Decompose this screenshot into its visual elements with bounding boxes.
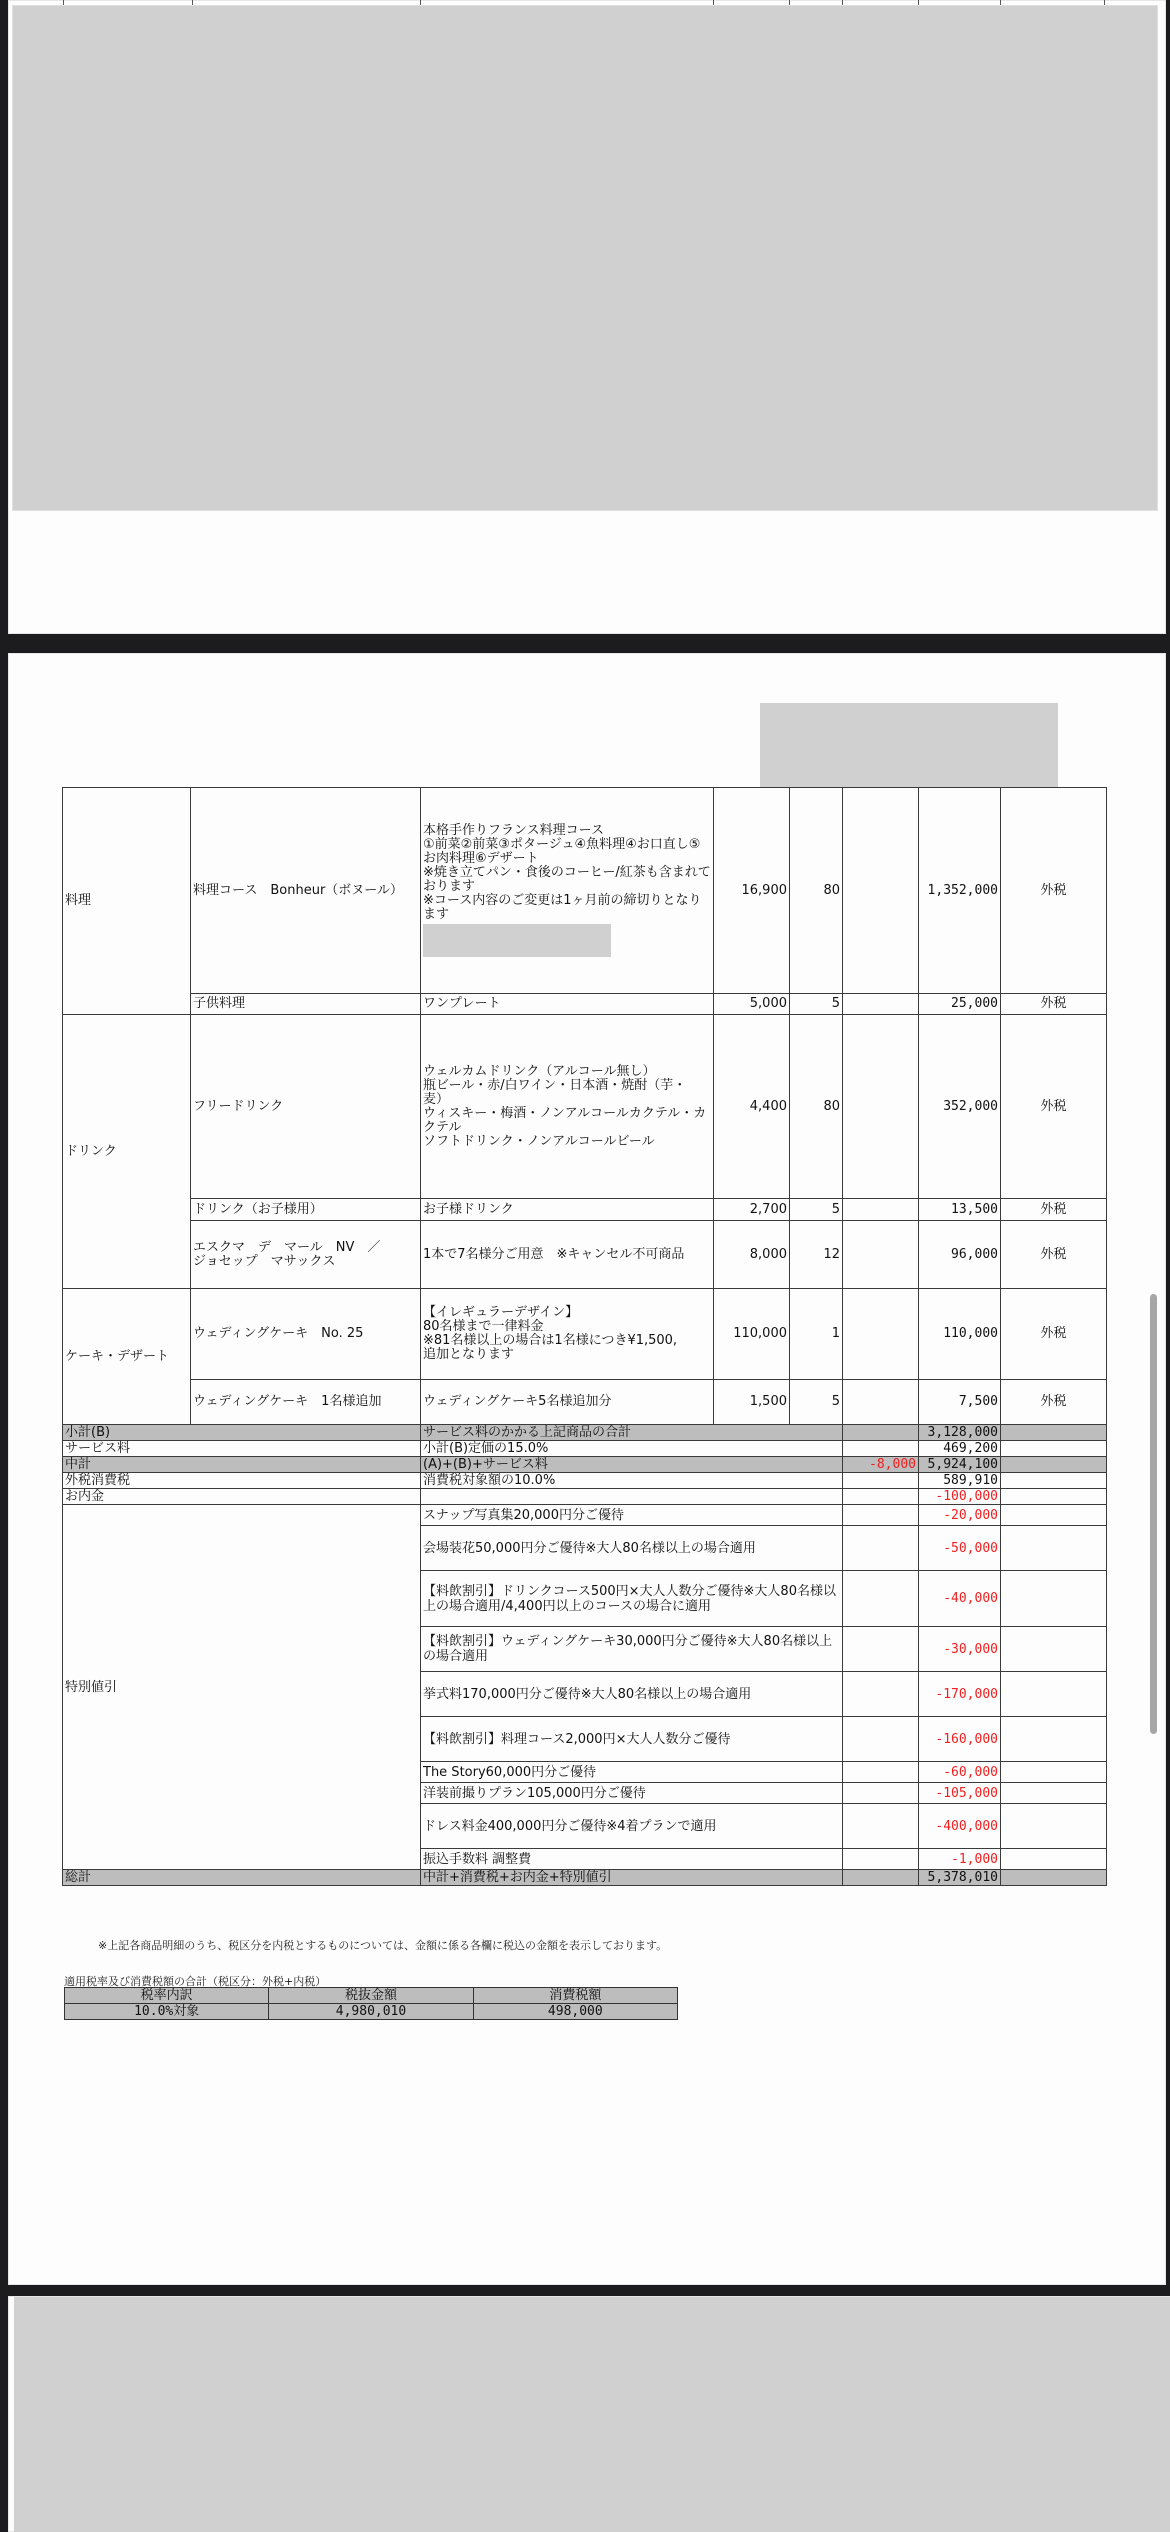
invoice-table: 料理 料理コース Bonheur（ボヌール） 本格手作りフランス料理コース ①前… xyxy=(62,787,1107,1886)
discount-amount: -170,000 xyxy=(919,1672,1001,1717)
amount: 7,500 xyxy=(919,1380,1001,1425)
discount-note: 【料飲割引】料理コース2,000円×大人人数分ご優待 xyxy=(421,1717,843,1762)
item-name: 料理コース Bonheur（ボヌール） xyxy=(191,788,421,994)
redacted-region xyxy=(760,703,1058,787)
pre-tax-amount: 4,980,010 xyxy=(269,2004,473,2020)
amount: 13,500 xyxy=(919,1199,1001,1221)
discount-note: The Story60,000円分ご優待 xyxy=(421,1762,843,1783)
unit-price: 110,000 xyxy=(714,1289,790,1380)
amount: 1,352,000 xyxy=(919,788,1001,994)
quantity: 12 xyxy=(790,1221,843,1289)
header-pre-tax: 税抜金額 xyxy=(269,1988,473,2004)
empty-cell xyxy=(1001,1505,1107,1526)
empty-cell xyxy=(1001,1672,1107,1717)
item-name: フリードリンク xyxy=(191,1015,421,1199)
summary-note: 小計(B)定価の15.0% xyxy=(421,1441,843,1457)
discount xyxy=(843,1015,919,1199)
empty-cell xyxy=(1001,1804,1107,1849)
tax-type: 外税 xyxy=(1001,1199,1107,1221)
summary-note: (A)+(B)+サービス料 xyxy=(421,1457,843,1473)
discount-amount: -40,000 xyxy=(919,1571,1001,1627)
special-discount-label: 特別値引 xyxy=(63,1505,421,1870)
discount-note: 振込手数料 調整費 xyxy=(421,1849,843,1870)
summary-label: サービス料 xyxy=(63,1441,421,1457)
summary-row: 小計(B)サービス料のかかる上記商品の合計3,128,000 xyxy=(63,1425,1107,1441)
item-name: エスクマ デ マール NV ／ ジョセップ マサックス xyxy=(191,1221,421,1289)
discount xyxy=(843,1289,919,1380)
discount-amount: -30,000 xyxy=(919,1627,1001,1672)
discount-note: 挙式料170,000円分ご優待※大人80名様以上の場合適用 xyxy=(421,1672,843,1717)
table-row: ドリンク フリードリンク ウェルカムドリンク（アルコール無し） 瓶ビール・赤/白… xyxy=(63,1015,1107,1199)
discount-amount: -50,000 xyxy=(919,1526,1001,1571)
summary-label: 外税消費税 xyxy=(63,1473,421,1489)
unit-price: 5,000 xyxy=(714,994,790,1015)
empty-cell xyxy=(843,1783,919,1804)
summary-note: サービス料のかかる上記商品の合計 xyxy=(421,1425,843,1441)
empty-cell xyxy=(1001,1717,1107,1762)
unit-price: 16,900 xyxy=(714,788,790,994)
document-page-1 xyxy=(8,0,1166,634)
discount-amount: -60,000 xyxy=(919,1762,1001,1783)
empty-cell xyxy=(843,1627,919,1672)
tax-footnote: ※上記各商品明細のうち、税区分を内税とするものについては、金額に係る各欄に税込の… xyxy=(98,1937,667,1953)
category-cell: ケーキ・デザート xyxy=(63,1289,191,1425)
quantity: 5 xyxy=(790,1199,843,1221)
discount xyxy=(843,1199,919,1221)
tax-type: 外税 xyxy=(1001,1289,1107,1380)
item-description: お子様ドリンク xyxy=(421,1199,714,1221)
discount xyxy=(843,788,919,994)
discount xyxy=(843,1221,919,1289)
empty-cell xyxy=(1001,1473,1107,1489)
grand-total-label: 総計 xyxy=(63,1870,421,1886)
empty-cell xyxy=(843,1505,919,1526)
table-row: エスクマ デ マール NV ／ ジョセップ マサックス 1本で7名様分ご用意 ※… xyxy=(63,1221,1107,1289)
summary-discount xyxy=(843,1473,919,1489)
category-cell: ドリンク xyxy=(63,1015,191,1289)
header-tax-amount: 消費税額 xyxy=(473,1988,677,2004)
empty-cell xyxy=(843,1849,919,1870)
item-name: 子供料理 xyxy=(191,994,421,1015)
table-row: 子供料理 ワンプレート 5,000 5 25,000 外税 xyxy=(63,994,1107,1015)
empty-cell xyxy=(1001,1762,1107,1783)
grand-total-note: 中計+消費税+お内金+特別値引 xyxy=(421,1870,843,1886)
summary-amount: 3,128,000 xyxy=(919,1425,1001,1441)
discount-note: 洋装前撮りプラン105,000円分ご優待 xyxy=(421,1783,843,1804)
empty-cell xyxy=(1001,1441,1107,1457)
tax-summary-row: 10.0%対象 4,980,010 498,000 xyxy=(65,2004,678,2020)
summary-row: お内金-100,000 xyxy=(63,1489,1107,1505)
table-row: ケーキ・デザート ウェディングケーキ No. 25 【イレギュラーデザイン】 8… xyxy=(63,1289,1107,1380)
tax-type: 外税 xyxy=(1001,788,1107,994)
summary-amount: 469,200 xyxy=(919,1441,1001,1457)
discount xyxy=(843,994,919,1015)
item-description: 1本で7名様分ご用意 ※キャンセル不可商品 xyxy=(421,1221,714,1289)
empty-cell xyxy=(1001,1489,1107,1505)
amount: 96,000 xyxy=(919,1221,1001,1289)
table-row: 料理 料理コース Bonheur（ボヌール） 本格手作りフランス料理コース ①前… xyxy=(63,788,1107,994)
table-row: ウェディングケーキ 1名様追加 ウェディングケーキ5名様追加分 1,500 5 … xyxy=(63,1380,1107,1425)
item-description: ウェディングケーキ5名様追加分 xyxy=(421,1380,714,1425)
empty-cell xyxy=(843,1717,919,1762)
table-row: ドリンク（お子様用） お子様ドリンク 2,700 5 13,500 外税 xyxy=(63,1199,1107,1221)
empty-cell xyxy=(1001,1849,1107,1870)
summary-discount xyxy=(843,1489,919,1505)
discount-amount: -20,000 xyxy=(919,1505,1001,1526)
empty-cell xyxy=(1001,1627,1107,1672)
redacted-region xyxy=(12,5,1158,511)
discount-note: スナップ写真集20,000円分ご優待 xyxy=(421,1505,843,1526)
tax-type: 外税 xyxy=(1001,994,1107,1015)
summary-amount: 5,924,100 xyxy=(919,1457,1001,1473)
empty-cell xyxy=(843,1571,919,1627)
tax-amount: 498,000 xyxy=(473,2004,677,2020)
discount-note: 会場装花50,000円分ご優待※大人80名様以上の場合適用 xyxy=(421,1526,843,1571)
quantity: 80 xyxy=(790,1015,843,1199)
tax-type: 外税 xyxy=(1001,1380,1107,1425)
empty-cell xyxy=(843,1804,919,1849)
unit-price: 1,500 xyxy=(714,1380,790,1425)
item-description: ワンプレート xyxy=(421,994,714,1015)
discount-note: 【料飲割引】ドリンクコース500円×大人人数分ご優待※大人80名様以上の場合適用… xyxy=(421,1571,843,1627)
summary-label: お内金 xyxy=(63,1489,421,1505)
amount: 25,000 xyxy=(919,994,1001,1015)
empty-cell xyxy=(843,1672,919,1717)
empty-cell xyxy=(1001,1526,1107,1571)
grand-total-row: 総計 中計+消費税+お内金+特別値引 5,378,010 xyxy=(63,1870,1107,1886)
tax-summary-header: 税率内訳 税抜金額 消費税額 xyxy=(65,1988,678,2004)
summary-label: 中計 xyxy=(63,1457,421,1473)
header-tax-rate: 税率内訳 xyxy=(65,1988,269,2004)
item-description: 【イレギュラーデザイン】 80名様まで一律料金 ※81名様以上の場合は1名様につ… xyxy=(421,1289,714,1380)
tax-type: 外税 xyxy=(1001,1221,1107,1289)
summary-row: 外税消費税消費税対象額の10.0%589,910 xyxy=(63,1473,1107,1489)
summary-note: 消費税対象額の10.0% xyxy=(421,1473,843,1489)
quantity: 5 xyxy=(790,1380,843,1425)
item-name: ウェディングケーキ No. 25 xyxy=(191,1289,421,1380)
amount: 352,000 xyxy=(919,1015,1001,1199)
redacted-region xyxy=(14,2296,1170,2532)
empty-cell xyxy=(843,1762,919,1783)
empty-cell xyxy=(1001,1457,1107,1473)
item-description: 本格手作りフランス料理コース ①前菜②前菜③ポタージュ④魚料理④お口直し⑤お肉料… xyxy=(421,788,714,994)
discount-amount: -105,000 xyxy=(919,1783,1001,1804)
summary-label: 小計(B) xyxy=(63,1425,421,1441)
tax-type: 外税 xyxy=(1001,1015,1107,1199)
category-cell: 料理 xyxy=(63,788,191,1015)
unit-price: 8,000 xyxy=(714,1221,790,1289)
discount-amount: -160,000 xyxy=(919,1717,1001,1762)
discount-note: 【料飲割引】ウェディングケーキ30,000円分ご優待※大人80名様以上の場合適用 xyxy=(421,1627,843,1672)
discount-amount: -400,000 xyxy=(919,1804,1001,1849)
unit-price: 4,400 xyxy=(714,1015,790,1199)
summary-discount xyxy=(843,1425,919,1441)
amount: 110,000 xyxy=(919,1289,1001,1380)
summary-row: サービス料小計(B)定価の15.0%469,200 xyxy=(63,1441,1107,1457)
vertical-scrollbar[interactable] xyxy=(1150,1294,1157,1734)
empty-cell xyxy=(843,1526,919,1571)
empty-cell xyxy=(1001,1571,1107,1627)
item-description: ウェルカムドリンク（アルコール無し） 瓶ビール・赤/白ワイン・日本酒・焼酎（芋・… xyxy=(421,1015,714,1199)
document-page-2: 料理 料理コース Bonheur（ボヌール） 本格手作りフランス料理コース ①前… xyxy=(8,653,1166,2285)
summary-row: 中計(A)+(B)+サービス料-8,0005,924,100 xyxy=(63,1457,1107,1473)
tax-summary-table: 税率内訳 税抜金額 消費税額 10.0%対象 4,980,010 498,000 xyxy=(64,1987,678,2020)
quantity: 5 xyxy=(790,994,843,1015)
item-name: ウェディングケーキ 1名様追加 xyxy=(191,1380,421,1425)
empty-cell xyxy=(1001,1870,1107,1886)
summary-discount xyxy=(843,1441,919,1457)
discount-row: 特別値引スナップ写真集20,000円分ご優待-20,000 xyxy=(63,1505,1107,1526)
discount-note: ドレス料金400,000円分ご優待※4着プランで適用 xyxy=(421,1804,843,1849)
empty-cell xyxy=(843,1870,919,1886)
grand-total-amount: 5,378,010 xyxy=(919,1870,1001,1886)
empty-cell xyxy=(1001,1783,1107,1804)
summary-note xyxy=(421,1489,843,1505)
item-name: ドリンク（お子様用） xyxy=(191,1199,421,1221)
summary-amount: -100,000 xyxy=(919,1489,1001,1505)
document-page-3 xyxy=(8,2296,1170,2532)
summary-discount: -8,000 xyxy=(843,1457,919,1473)
quantity: 1 xyxy=(790,1289,843,1380)
quantity: 80 xyxy=(790,788,843,994)
tax-rate: 10.0%対象 xyxy=(65,2004,269,2020)
unit-price: 2,700 xyxy=(714,1199,790,1221)
redacted-region xyxy=(423,924,611,957)
summary-amount: 589,910 xyxy=(919,1473,1001,1489)
discount xyxy=(843,1380,919,1425)
discount-amount: -1,000 xyxy=(919,1849,1001,1870)
empty-cell xyxy=(1001,1425,1107,1441)
